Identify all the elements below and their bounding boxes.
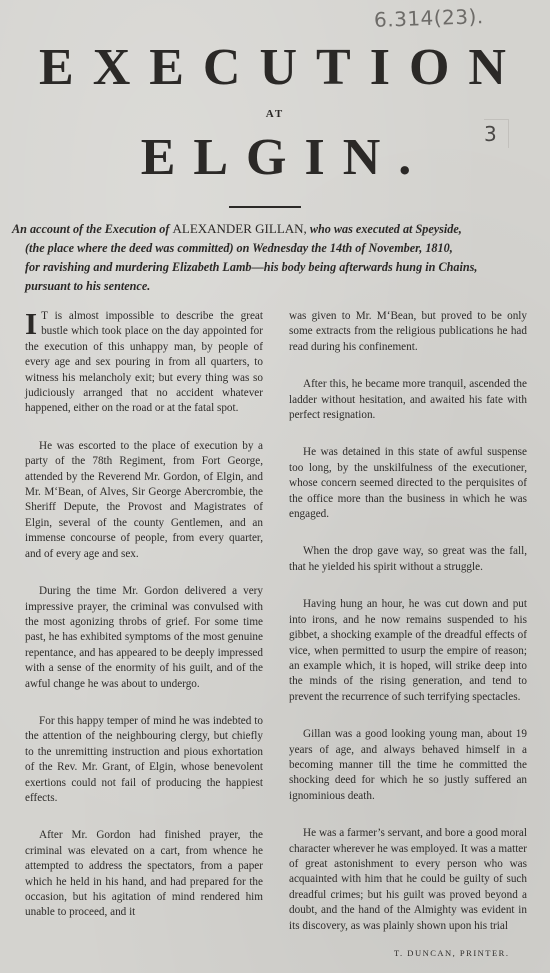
title-main: EXECUTION: [0, 42, 550, 94]
summary-line-3: for ravishing and murdering Elizabeth La…: [12, 258, 530, 277]
paragraph-opening: IT is almost impossible to describe the …: [25, 309, 263, 417]
title-place: ELGIN.: [0, 132, 550, 184]
paragraph-clergy: For this happy temper of mind he was ind…: [25, 714, 263, 806]
paragraph-character: Gillan was a good looking young man, abo…: [289, 727, 527, 804]
paragraph-opening-text: is almost impossible to describe the gre…: [25, 310, 263, 414]
paragraph-gap: [289, 705, 527, 727]
title-rule-divider: [229, 206, 301, 208]
paragraph-gap: [289, 423, 527, 445]
paragraph-gap: [25, 562, 263, 584]
stamp-mark: 3: [484, 119, 509, 148]
summary-line-1-pre: An account of the Execution of: [12, 222, 172, 236]
paragraph-gap: [25, 806, 263, 828]
summary-line-4: pursuant to his sentence.: [12, 277, 530, 296]
paragraph-address: After Mr. Gordon had finished prayer, th…: [25, 828, 263, 920]
paragraph-gap: [289, 804, 527, 826]
right-column: was given to Mr. M‘Bean, but proved to b…: [289, 309, 527, 934]
paragraph-suspense: He was detained in this state of awful s…: [289, 445, 527, 522]
paragraph-gibbet: Having hung an hour, he was cut down and…: [289, 597, 527, 705]
paragraph-gap: [289, 522, 527, 544]
drop-cap: I: [25, 311, 37, 337]
paragraph-gap: [289, 575, 527, 597]
summary-line-2: (the place where the deed was committed)…: [12, 239, 530, 258]
drop-cap-tail: T: [41, 310, 48, 322]
summary-line-1-post: who was executed at Speyside,: [307, 222, 462, 236]
summary-line-1: An account of the Execution of ALEXANDER…: [12, 219, 530, 239]
broadside-page: 6.314(23). EXECUTION AT ELGIN. 3 An acco…: [0, 0, 550, 973]
title-connector: AT: [0, 108, 550, 120]
paragraph-gap: [25, 417, 263, 439]
paragraph-gap: [289, 355, 527, 377]
handwritten-shelfmark: 6.314(23).: [374, 4, 484, 32]
summary-criminal-name: ALEXANDER GILLAN,: [172, 221, 306, 236]
paragraph-escort: He was escorted to the place of executio…: [25, 439, 263, 562]
paragraph-prayer: During the time Mr. Gordon delivered a v…: [25, 584, 263, 692]
summary-subtitle: An account of the Execution of ALEXANDER…: [12, 219, 530, 296]
left-column: IT is almost impossible to describe the …: [25, 309, 263, 921]
paragraph-continued: was given to Mr. M‘Bean, but proved to b…: [289, 309, 527, 355]
paragraph-ladder: After this, he became more tranquil, asc…: [289, 377, 527, 423]
paragraph-gap: [25, 692, 263, 714]
paragraph-servant: He was a farmer’s servant, and bore a go…: [289, 826, 527, 934]
printer-imprint: T. DUNCAN, PRINTER.: [394, 948, 509, 958]
paragraph-drop: When the drop gave way, so great was the…: [289, 544, 527, 575]
